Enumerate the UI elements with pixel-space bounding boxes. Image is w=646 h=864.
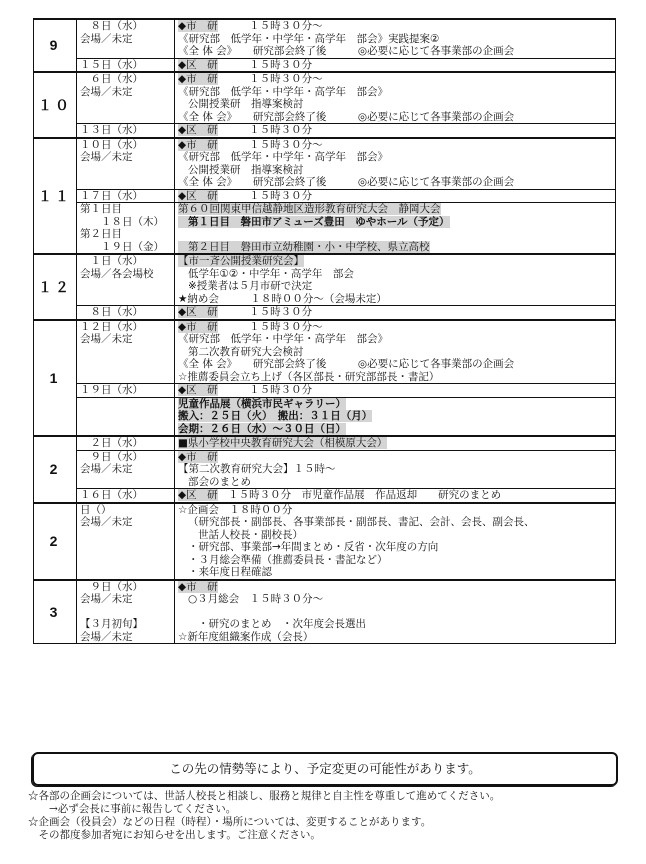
month-label: 1 [34, 320, 77, 437]
date-cell: ８日（水） [77, 306, 175, 320]
date-cell: １７日（水） [77, 189, 175, 203]
event-cell: ◆市 研 【第二次教育研究大会】１５時～ 部会のまとめ [175, 450, 616, 489]
schedule-row-mar-1: 3 ９日（水） 会場／未定 【３月初旬】 会場／未定 ◆市 研 ○３月総会 １５… [34, 580, 616, 644]
event-cell: ◆市 研 １５時３０分～ 《研究部 低学年・中学年・高学年 部会》 公開授業研 … [175, 138, 616, 190]
date-cell: 日（） 会場／未定 [77, 503, 175, 580]
date-cell: １日（水） 会場／各会場校 [77, 254, 175, 306]
date-cell: ８日（水） 会場／未定 [77, 19, 175, 58]
date-cell [77, 397, 175, 436]
date-cell: １３日（水） [77, 124, 175, 138]
month-label: 3 [34, 580, 77, 644]
month-label: 9 [34, 19, 77, 72]
date-cell: 第１日目 １８日（木） 第２日目 １９日（金） [77, 203, 175, 255]
schedule-table: 9 ８日（水） 会場／未定 ◆市 研 １５時３０分～ 《研究部 低学年・中学年・… [33, 18, 616, 644]
schedule-row-jan-3: 児童作品展（横浜市民ギャラリー） 搬入：２５日（火） 搬出：３１日（月） 会期：… [34, 397, 616, 436]
month-label: 2 [34, 436, 77, 503]
schedule-row-nov-2: １７日（水） ◆区 研 １５時３０分 [34, 189, 616, 203]
date-cell: １５日（水） [77, 58, 175, 72]
date-cell: １９日（水） [77, 384, 175, 398]
event-cell: ◆市 研 １５時３０分～ 《研究部 低学年・中学年・高学年 部会》 公開授業研 … [175, 72, 616, 124]
date-cell: １６日（水） [77, 489, 175, 503]
schedule-row-oct-2: １３日（水） ◆区 研 １５時３０分 [34, 124, 616, 138]
footnotes: ☆各部の企画会については、世話人校長と相談し、服務と規律と自主性を尊重して進めて… [28, 790, 628, 842]
event-cell: 児童作品展（横浜市民ギャラリー） 搬入：２５日（火） 搬出：３１日（月） 会期：… [175, 397, 616, 436]
schedule-row-feb2-1: 2 日（） 会場／未定 ☆企画会 １８時００分 （研究部長・副部長、各事業部長・… [34, 503, 616, 580]
month-label: １２ [34, 254, 77, 320]
schedule-row-sep-2: １５日（水） ◆区 研 １５時３０分 [34, 58, 616, 72]
month-label: １０ [34, 72, 77, 138]
footnote-line: その都度参加者宛にお知らせを出します。ご注意ください。 [28, 829, 628, 842]
schedule-row-feb-3: １６日（水） ◆区 研 １５時３０分 市児童作品展 作品返却 研究のまとめ [34, 489, 616, 503]
event-cell: ◆区 研 １５時３０分 [175, 124, 616, 138]
schedule-row-jan-2: １９日（水） ◆区 研 １５時３０分 [34, 384, 616, 398]
schedule-row-jan-1: 1 １２日（水） 会場／未定 ◆市 研 １５時３０分～ 《研究部 低学年・中学年… [34, 320, 616, 384]
event-cell: ◆区 研 １５時３０分 市児童作品展 作品返却 研究のまとめ [175, 489, 616, 503]
event-cell: ◆市 研 １５時３０分～ 《研究部 低学年・中学年・高学年 部会》 第二次教育研… [175, 320, 616, 384]
schedule-row-feb-2: ９日（水） 会場／未定 ◆市 研 【第二次教育研究大会】１５時～ 部会のまとめ [34, 450, 616, 489]
schedule-row-nov-1: １１ １０日（水） 会場／未定 ◆市 研 １５時３０分～ 《研究部 低学年・中学… [34, 138, 616, 190]
date-cell: ６日（水） 会場／未定 [77, 72, 175, 124]
schedule-row-feb-1: 2 ２日（水） ■県小学校中央教育研究大会（相模原大会） [34, 436, 616, 450]
schedule-change-notice: この先の情勢等により、予定変更の可能性があります。 [32, 752, 618, 786]
event-cell: 第６０回関東甲信越静地区造形教育研究大会 静岡大会 第１日目 磐田市アミューズ豊… [175, 203, 616, 255]
date-cell: ９日（水） 会場／未定 【３月初旬】 会場／未定 [77, 580, 175, 644]
event-cell: ■県小学校中央教育研究大会（相模原大会） [175, 436, 616, 450]
schedule-row-dec-2: ８日（水） ◆区 研 １５時３０分 [34, 306, 616, 320]
event-cell: ◆区 研 １５時３０分 [175, 189, 616, 203]
date-cell: ２日（水） [77, 436, 175, 450]
event-cell: ◆区 研 １５時３０分 [175, 306, 616, 320]
event-cell: ◆市 研 １５時３０分～ 《研究部 低学年・中学年・高学年 部会》実践提案② 《… [175, 19, 616, 58]
event-cell: ◆区 研 １５時３０分 [175, 384, 616, 398]
footnote-line: ☆各部の企画会については、世話人校長と相談し、服務と規律と自主性を尊重して進めて… [28, 790, 628, 803]
event-cell: ◆市 研 ○３月総会 １５時３０分～ ・研究のまとめ ・次年度会長選出 ☆新年度… [175, 580, 616, 644]
event-cell: ☆企画会 １８時００分 （研究部長・副部長、各事業部長・副部長、書記、会計、会長… [175, 503, 616, 580]
date-cell: ９日（水） 会場／未定 [77, 450, 175, 489]
date-cell: １０日（水） 会場／未定 [77, 138, 175, 190]
footnote-line: ☆企画会（役員会）などの日程（時程）・場所については、変更することがあります。 [28, 816, 628, 829]
date-cell: １２日（水） 会場／未定 [77, 320, 175, 384]
event-cell: 【市一斉公開授業研究会】 低学年①②・中学年・高学年 部会 ※授業者は５月市研で… [175, 254, 616, 306]
month-label: 2 [34, 503, 77, 580]
schedule-row-dec-1: １２ １日（水） 会場／各会場校 【市一斉公開授業研究会】 低学年①②・中学年・… [34, 254, 616, 306]
event-cell: ◆区 研 １５時３０分 [175, 58, 616, 72]
footnote-line: →必ず会長に事前に報告してください。 [28, 803, 628, 816]
schedule-row-oct-1: １０ ６日（水） 会場／未定 ◆市 研 １５時３０分～ 《研究部 低学年・中学年… [34, 72, 616, 124]
schedule-row-nov-3: 第１日目 １８日（木） 第２日目 １９日（金） 第６０回関東甲信越静地区造形教育… [34, 203, 616, 255]
month-label: １１ [34, 138, 77, 255]
schedule-row-sep-1: 9 ８日（水） 会場／未定 ◆市 研 １５時３０分～ 《研究部 低学年・中学年・… [34, 19, 616, 58]
